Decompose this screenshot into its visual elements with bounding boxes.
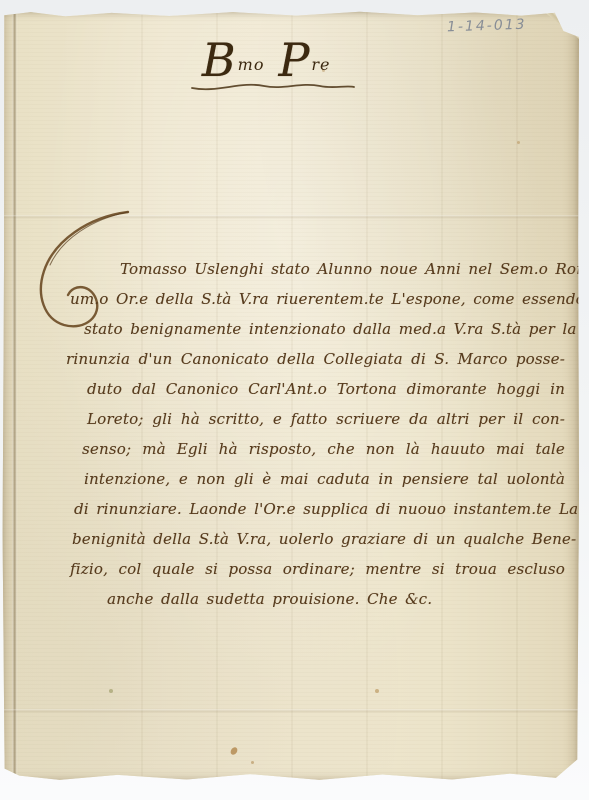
letter-line: rinunzia d'un Canonicato della Collegiat… xyxy=(62,344,565,374)
letter-line: benignità della S.tà V.ra, uolerlo grazi… xyxy=(62,524,565,554)
left-fold-crease xyxy=(12,11,18,781)
horizontal-fold-crease xyxy=(2,709,579,713)
foxing-spot xyxy=(375,689,379,693)
letter-heading: BmoPre xyxy=(188,33,358,93)
letter-line: di rinunziare. Laonde l'Or.e supplica di… xyxy=(62,494,565,524)
heading-superscript-mo: mo xyxy=(238,55,265,74)
scanned-document-view: 1-14-013 BmoPre Tomasso Uslenghi stato A… xyxy=(0,0,589,800)
heading-superscript-re: re xyxy=(311,55,330,74)
letter-line: senso; mà Egli hà risposto, che non là h… xyxy=(62,434,565,464)
letter-line: fizio, col quale si possa ordinare; ment… xyxy=(62,554,565,584)
letter-line: stato benignamente intenzionato dalla me… xyxy=(62,314,565,344)
manuscript-page: 1-14-013 BmoPre Tomasso Uslenghi stato A… xyxy=(2,11,579,781)
foxing-spot xyxy=(517,141,520,144)
letter-line: um.o Or.e della S.tà V.ra riuerentem.te … xyxy=(62,284,565,314)
letter-line: anche dalla sudetta prouisione. Che &c. xyxy=(62,584,565,614)
letter-line: Tomasso Uslenghi stato Alunno noue Anni … xyxy=(62,254,565,284)
letter-line: duto dal Canonico Carl'Ant.o Tortona dim… xyxy=(62,374,565,404)
foxing-spot xyxy=(251,761,254,764)
letter-body: Tomasso Uslenghi stato Alunno noue Anni … xyxy=(62,254,565,614)
letter-line: Loreto; gli hà scritto, e fatto scriuere… xyxy=(62,404,565,434)
letter-line: intenzione, e non gli è mai caduta in pe… xyxy=(62,464,565,494)
heading-initial-b: B xyxy=(202,33,238,87)
heading-initial-p: P xyxy=(278,33,311,87)
pencil-archival-number: 1-14-013 xyxy=(447,17,527,36)
foxing-spot xyxy=(109,689,113,693)
